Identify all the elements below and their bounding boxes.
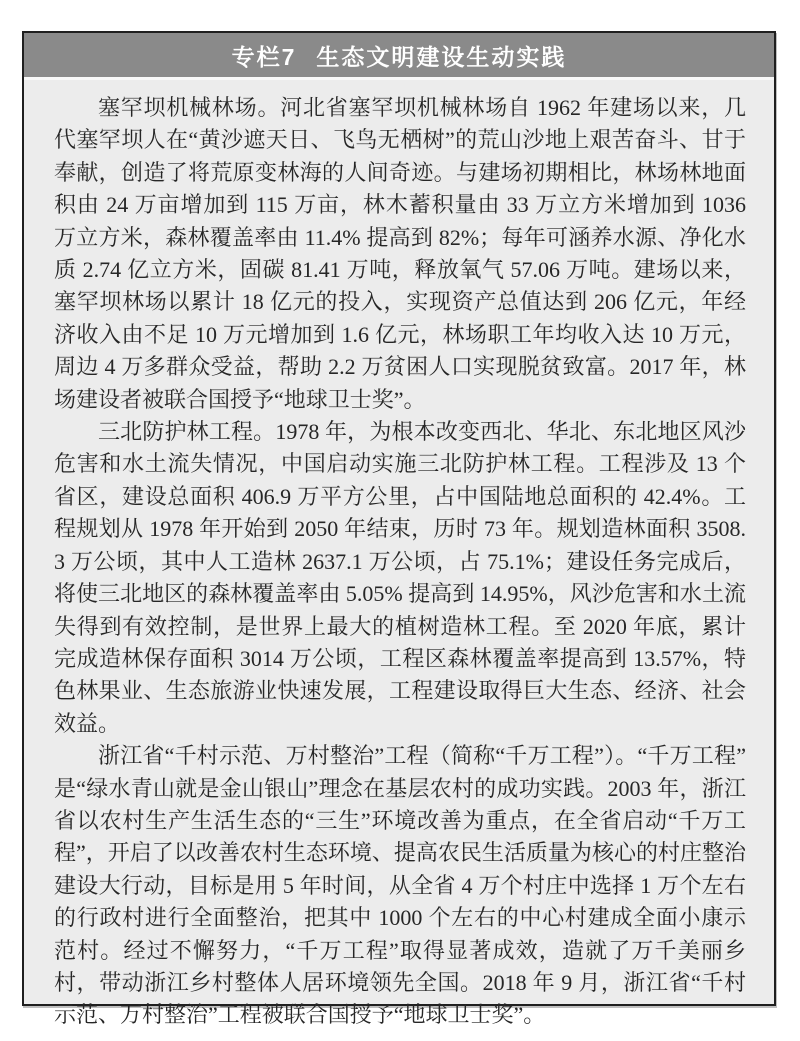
column-title: 生态文明建设生动实践 (316, 39, 566, 72)
column-box: 专栏7 生态文明建设生动实践 塞罕坝机械林场。河北省塞罕坝机械林场自 1962 … (22, 31, 776, 1006)
paragraph-zhejiang-qianwan-project: 浙江省“千村示范、万村整治”工程（简称“千万工程”）。“千万工程”是“绿水青山就… (54, 740, 746, 1032)
document-page: 专栏7 生态文明建设生动实践 塞罕坝机械林场。河北省塞罕坝机械林场自 1962 … (0, 0, 800, 1041)
column-body: 塞罕坝机械林场。河北省塞罕坝机械林场自 1962 年建场以来，几代塞罕坝人在“黄… (24, 80, 774, 1041)
paragraph-saihanba-forest-farm: 塞罕坝机械林场。河北省塞罕坝机械林场自 1962 年建场以来，几代塞罕坝人在“黄… (54, 92, 746, 416)
column-label: 专栏7 (232, 39, 297, 72)
column-header: 专栏7 生态文明建设生动实践 (24, 33, 774, 80)
paragraph-three-north-shelterbelt: 三北防护林工程。1978 年，为根本改变西北、华北、东北地区风沙危害和水土流失情… (54, 416, 746, 740)
